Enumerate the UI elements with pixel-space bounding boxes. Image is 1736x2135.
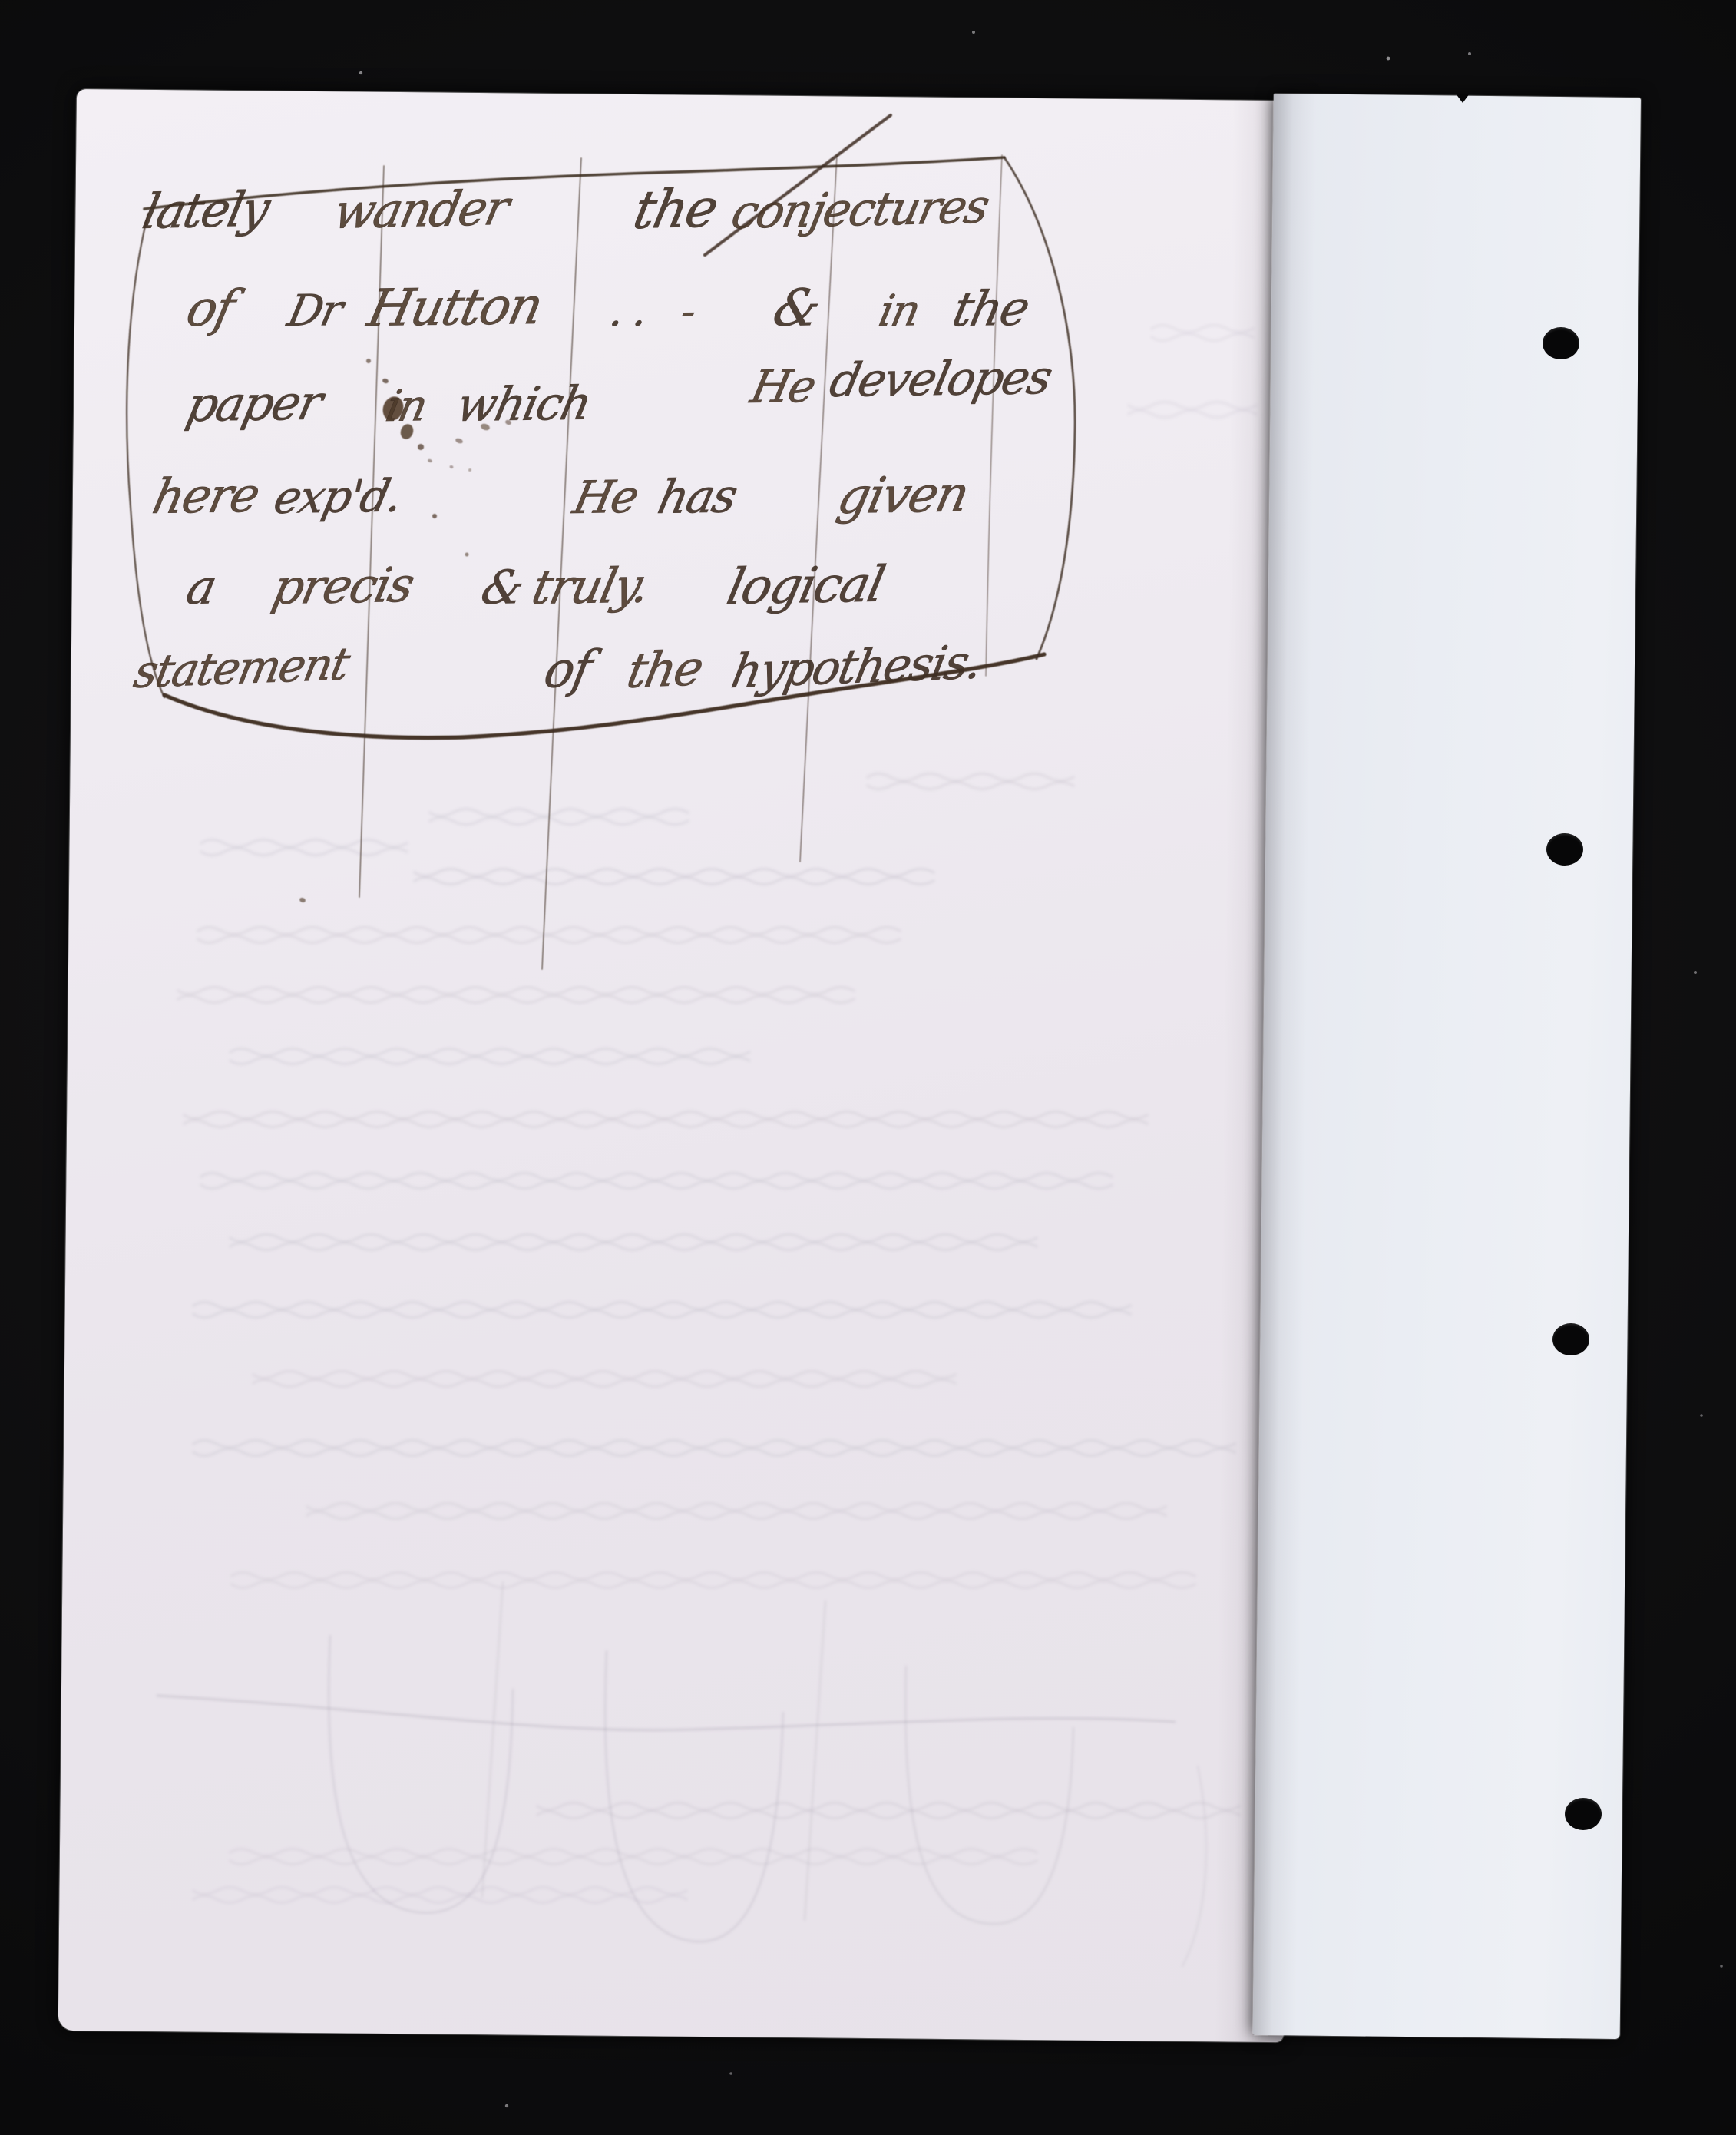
manuscript-word: lately <box>138 181 276 240</box>
manuscript-word: conjectures <box>727 180 994 240</box>
manuscript-word: hypothesis. <box>727 636 985 699</box>
manuscript-word: precis <box>268 557 418 614</box>
manuscript-word: of <box>182 280 248 338</box>
manuscript-word: & <box>477 561 527 615</box>
manuscript-word: truly. <box>527 558 653 615</box>
manuscript-word: statement <box>130 637 354 698</box>
manuscript-word: the <box>623 640 706 699</box>
dust-specks <box>89 31 1722 2107</box>
manuscript-word: exp'd. <box>269 469 406 524</box>
manuscript-photograph: latelywandertheconjecturesofDrHutton. .-… <box>0 0 1736 2135</box>
manuscript-word: the <box>629 178 723 241</box>
manuscript-word: given <box>833 466 974 525</box>
manuscript-word: in <box>382 381 431 432</box>
show-through-loop-marks <box>157 1582 1206 1966</box>
manuscript-word: in <box>875 286 924 336</box>
manuscript-word: the <box>948 280 1033 337</box>
manuscript-word: Hutton <box>362 276 547 338</box>
manuscript-word: a <box>182 559 220 615</box>
manuscript-word: which <box>452 377 595 432</box>
manuscript-word: He <box>568 470 643 524</box>
manuscript-word: & <box>769 278 825 338</box>
manuscript-word: developes <box>825 352 1056 408</box>
manuscript-word: . . <box>606 286 651 336</box>
manuscript-word: Dr <box>283 286 350 336</box>
manuscript-text: latelywandertheconjecturesofDrHutton. .-… <box>130 178 1056 700</box>
manuscript-word: logical <box>723 556 889 616</box>
manuscript-word: here <box>148 467 263 524</box>
manuscript-word: has <box>653 470 742 525</box>
manuscript-word: of <box>540 640 604 700</box>
manuscript-word: He <box>746 359 820 412</box>
handwriting-artwork-layer: latelywandertheconjecturesofDrHutton. .-… <box>0 0 1736 2135</box>
manuscript-word: wander <box>329 180 517 240</box>
manuscript-word: paper <box>182 375 331 432</box>
manuscript-word: - <box>676 286 699 336</box>
